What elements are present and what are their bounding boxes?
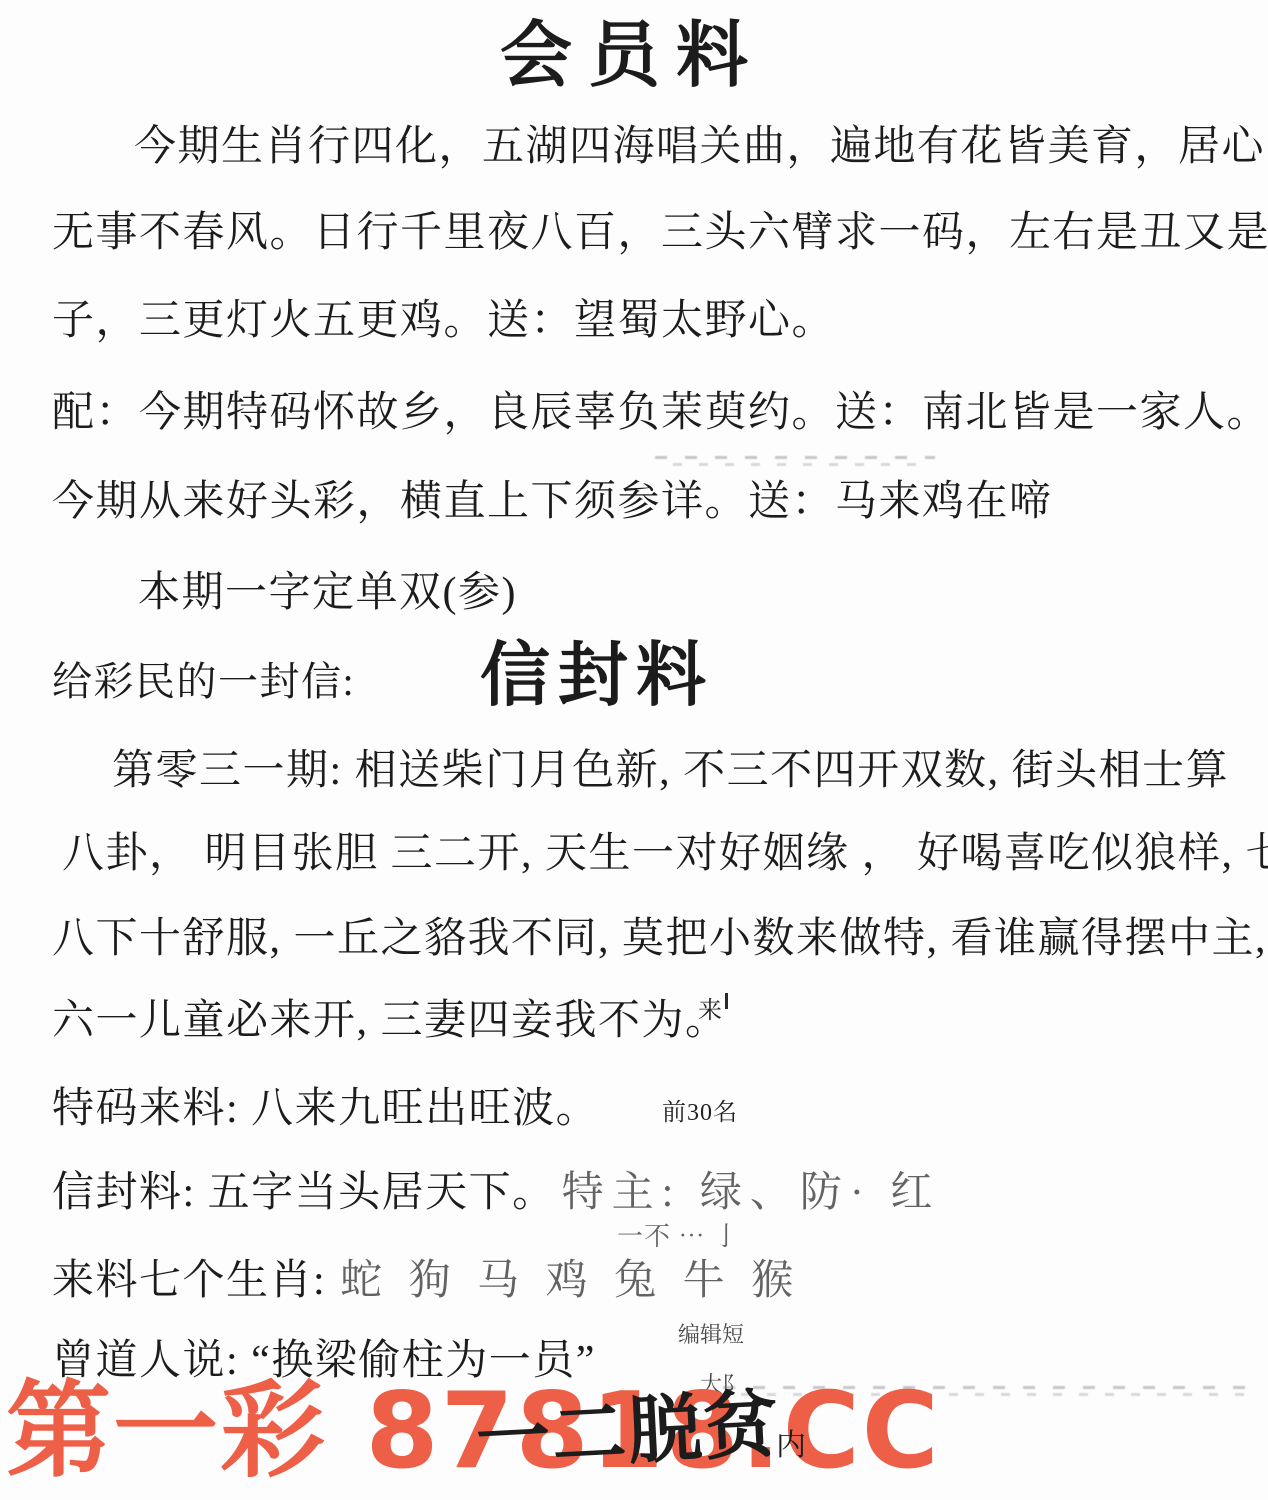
- member-para1-line3: 子，三更灯火五更鸡。送：望蜀太野心。: [52, 300, 835, 342]
- zodiac-label: 来料七个生肖:: [52, 1258, 326, 1304]
- editor-fragment: 编辑短: [678, 1318, 744, 1349]
- special-code-note: 前30名: [662, 1092, 738, 1127]
- member-para1-line1: 今期生肖行四化，五湖四海唱关曲，遍地有花皆美育，居心: [134, 126, 1265, 168]
- envelope-line-extra: 特主: 绿、防· 红: [562, 1170, 941, 1216]
- envelope-para-line4: 六一儿童必来开, 三妻四妾我不为。: [52, 1000, 729, 1042]
- envelope-para-line3: 八下十舒服, 一丘之貉我不同, 莫把小数来做特, 看谁赢得摆中主,: [52, 918, 1267, 960]
- scanned-lottery-sheet: 会员料 今期生肖行四化，五湖四海唱关曲，遍地有花皆美育，居心 无事不春风。日行千…: [0, 0, 1268, 1500]
- zodiac-animals: 蛇 狗 马 鸡 兔 牛 猴: [340, 1258, 801, 1304]
- envelope-section-title: 信封料: [480, 642, 714, 712]
- footer-inner-char: 内: [776, 1420, 806, 1464]
- erased-fragment-line: 一不 ⋯ 亅: [617, 1216, 740, 1253]
- fragment-text: 来: [698, 998, 723, 1024]
- member-para4: 本期一字定单双(参): [138, 572, 517, 614]
- member-para3: 今期从来好头彩，横直上下须参详。送：马来鸡在啼: [52, 481, 1053, 523]
- envelope-intro-label: 给彩民的一封信:: [52, 662, 355, 702]
- envelope-line: 信封料: 五字当头居天下。特主: 绿、防· 红: [52, 1172, 940, 1214]
- envelope-para-line1: 第零三一期: 相送柴门月色新, 不三不四开双数, 街头相士算: [112, 750, 1229, 792]
- member-section-title: 会员料: [500, 20, 764, 92]
- zodiac-line: 来料七个生肖:蛇 狗 马 鸡 兔 牛 猴: [52, 1260, 801, 1302]
- erased-text-smudge: [655, 456, 935, 459]
- line4-erased-fragment: 来: [698, 990, 728, 1025]
- special-code-line: 特码来料: 八来九旺出旺波。: [52, 1088, 599, 1130]
- partial-glyph: [725, 993, 728, 1009]
- footer-big-text: 一二脱贫: [474, 1388, 781, 1478]
- envelope-para-line2: 八卦， 明目张胆 三二开, 天生一对好姻缘 ， 好喝喜吃似狼样, 七上: [62, 833, 1268, 875]
- member-para2: 配：今期特码怀故乡，良辰辜负茉萸约。送：南北皆是一家人。: [52, 392, 1268, 434]
- envelope-line-main: 信封料: 五字当头居天下。: [52, 1170, 556, 1216]
- member-para1-line2: 无事不春风。日行千里夜八百，三头六臂求一码，左右是丑又是: [52, 212, 1268, 254]
